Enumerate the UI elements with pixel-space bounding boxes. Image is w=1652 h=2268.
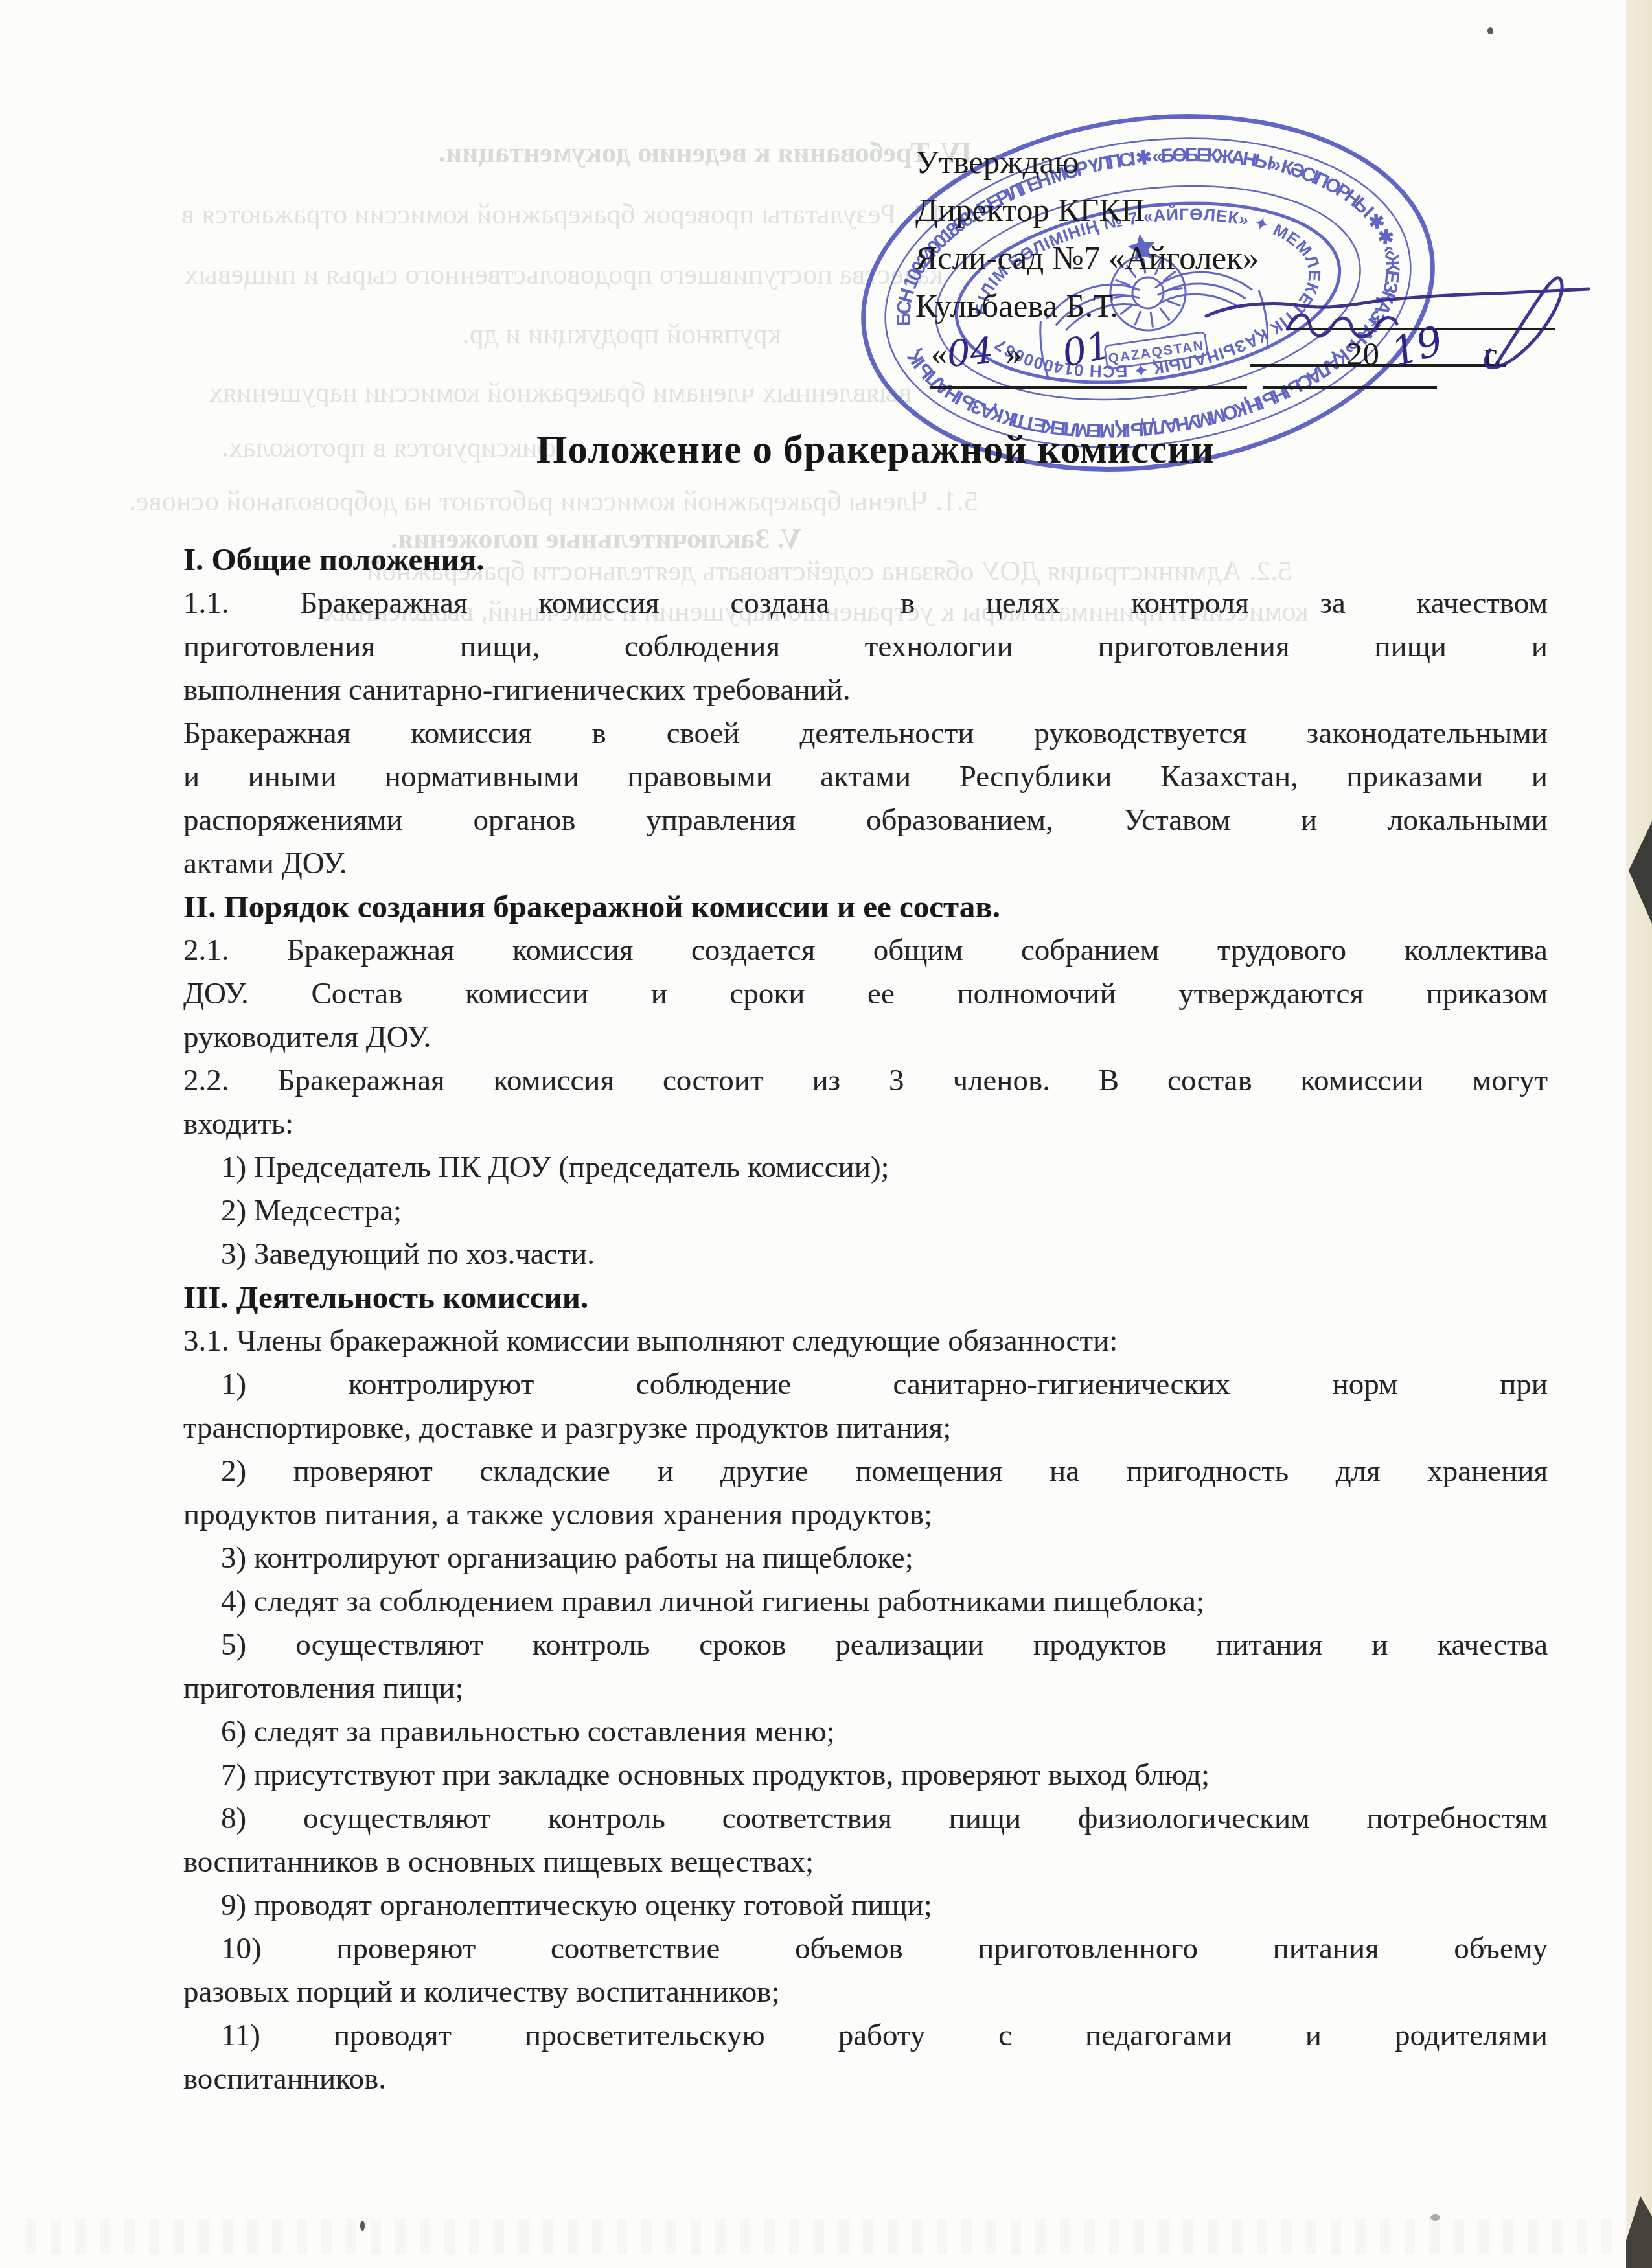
handwritten-day: 04	[945, 330, 995, 376]
text-line: продуктов питания, а также условия хране…	[183, 1495, 1548, 1535]
text-line: 3) контролируют организацию работы на пи…	[183, 1538, 1548, 1578]
text-line: 1) Председатель ПК ДОУ (председатель ком…	[183, 1147, 1548, 1187]
text-line: 4) следят за соблюдением правил личной г…	[183, 1581, 1548, 1621]
section-heading: III. Деятельность комиссии.	[183, 1277, 1548, 1318]
signature-ink	[1192, 259, 1607, 402]
scanned-document-page: IV. Требования к ведению документации.4.…	[0, 0, 1652, 2268]
text-line: транспортировке, доставке и разгрузке пр…	[183, 1408, 1548, 1448]
section-heading: II. Порядок создания бракеражной комисси…	[183, 887, 1548, 927]
ink-speck	[1430, 2214, 1440, 2221]
bleedthrough-line: 5.1. Члены бракеражной комиссии работают…	[162, 485, 978, 518]
approve-word: Утверждаю	[915, 144, 1079, 181]
bleedthrough-line: 4.1. Результаты проверок бракеражной ком…	[162, 198, 965, 231]
text-line: воспитанников.	[183, 2059, 1548, 2099]
date-open-quote: «	[931, 336, 948, 373]
text-line: 9) проводят органолептическую оценку гот…	[183, 1885, 1548, 1925]
text-line: воспитанников в основных пищевых веществ…	[183, 1842, 1548, 1882]
date-close-quote: »	[1005, 336, 1022, 373]
text-line: 7) присутствуют при закладке основных пр…	[183, 1755, 1548, 1795]
bleedthrough-line: крупяной продукции и др.	[363, 317, 881, 350]
text-line: разовых порций и количеству воспитаннико…	[183, 1972, 1548, 2012]
text-line: входить:	[183, 1104, 1548, 1144]
text-line: 3.1. Члены бракеражной комиссии выполняю…	[183, 1321, 1548, 1361]
text-line: 3) Заведующий по хоз.части.	[183, 1234, 1548, 1274]
bleedthrough-line: качества поступившего продовольственного…	[162, 258, 965, 291]
bleedthrough-line: выявленных членами бракеражной комиссии …	[162, 376, 959, 409]
ink-speck	[1487, 27, 1493, 34]
page-title: Положение о бракеражной комиссии	[536, 428, 1214, 473]
director-line: Директор КГКП	[915, 192, 1145, 229]
scan-edge-strip	[1626, 0, 1652, 2268]
director-name: Кульбаева Б.Т.	[915, 288, 1118, 325]
text-line: актами ДОУ.	[183, 843, 1548, 884]
ink-speck	[360, 2221, 365, 2231]
text-line: выполнения санитарно-гигиенических требо…	[183, 670, 1548, 710]
text-line: 2) Медсестра;	[183, 1191, 1548, 1231]
text-line: 6) следят за правильностью составления м…	[183, 1712, 1548, 1752]
scan-noise-strip	[26, 2219, 1626, 2254]
section-heading: I. Общие положения.	[183, 540, 1548, 580]
text-line: руководителя ДОУ.	[183, 1017, 1548, 1057]
text-line: приготовления пищи;	[183, 1668, 1548, 1708]
